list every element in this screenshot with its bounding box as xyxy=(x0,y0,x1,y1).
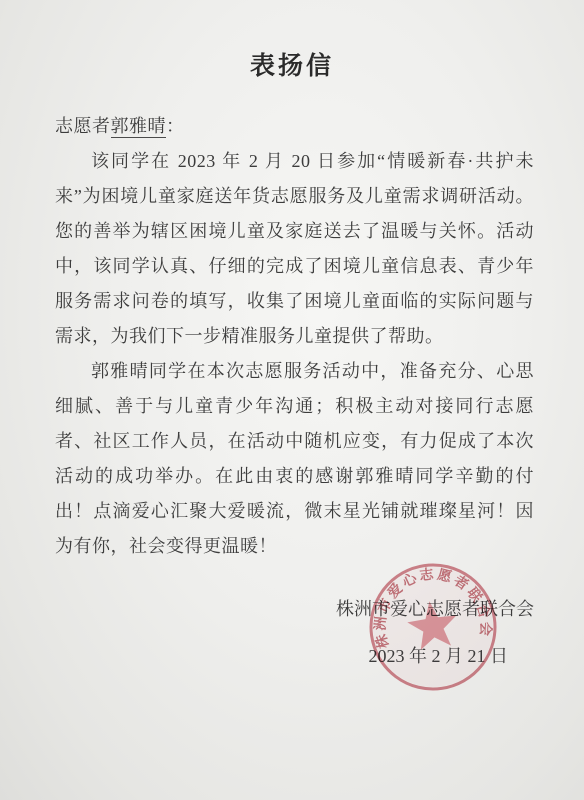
signature-block: 株洲市爱心志愿者联合会 2023 年 2 月 21 日 xyxy=(0,592,584,674)
letter-title: 表扬信 xyxy=(0,0,584,82)
volunteer-name: 郭雅晴 xyxy=(111,116,167,138)
commendation-letter-page: 表扬信 志愿者郭雅晴： 该同学在 2023 年 2 月 20 日参加“情暖新春·… xyxy=(0,0,584,800)
paragraph-activity-description: 该同学在 2023 年 2 月 20 日参加“情暖新春·共护未来”为困境儿童家庭… xyxy=(55,144,534,354)
salutation-prefix: 志愿者 xyxy=(55,116,111,136)
paragraph-praise-and-thanks: 郭雅晴同学在本次志愿服务活动中，准备充分、心思细腻、善于与儿童青少年沟通；积极主… xyxy=(55,354,534,564)
salutation: 志愿者郭雅晴： xyxy=(55,109,534,144)
signature-date: 2023 年 2 月 21 日 xyxy=(0,639,534,674)
signature-organization: 株洲市爱心志愿者联合会 xyxy=(0,592,534,627)
salutation-colon: ： xyxy=(166,116,185,136)
letter-body: 志愿者郭雅晴： 该同学在 2023 年 2 月 20 日参加“情暖新春·共护未来… xyxy=(55,109,534,564)
